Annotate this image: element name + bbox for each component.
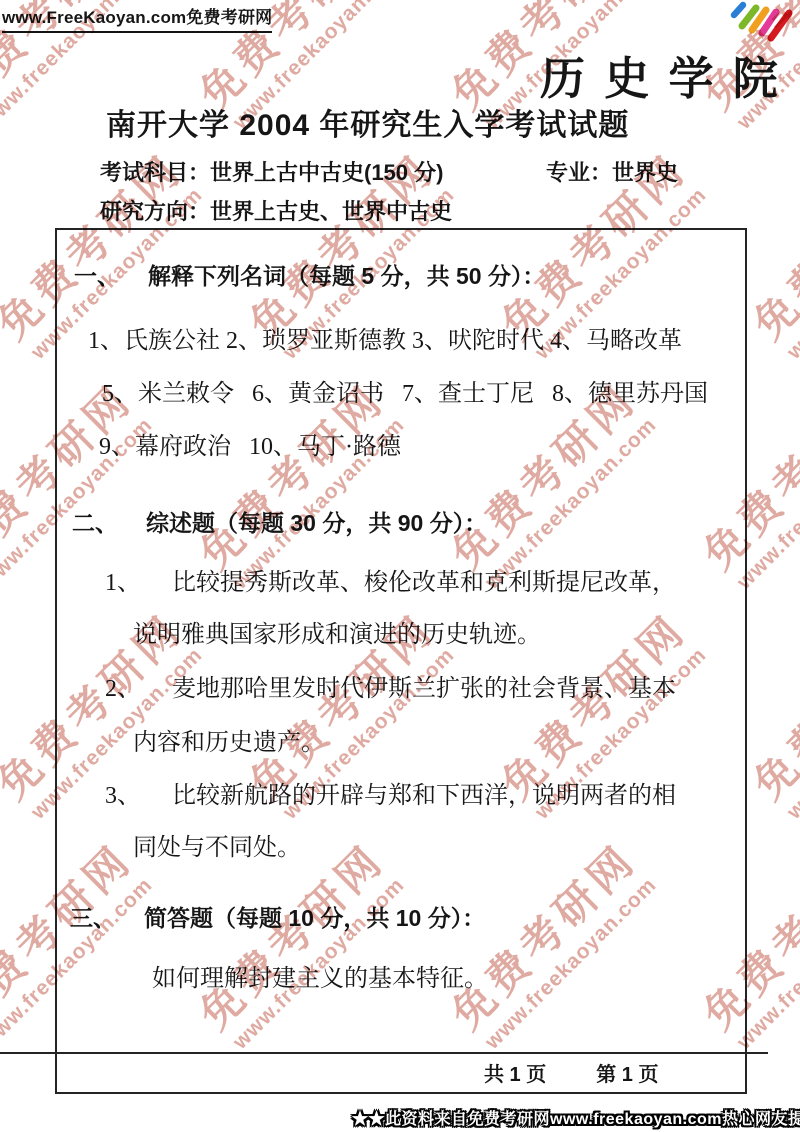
section2-number: 二、 bbox=[72, 505, 118, 538]
section1-heading: 一、 解释下列名词（每题 5 分，共 50 分）： bbox=[74, 258, 545, 291]
question1-number: 1、 bbox=[105, 562, 141, 597]
term-list-line-1: 1、氏族公社 2、琐罗亚斯德教 3、吠陀时代 4、马略改革 bbox=[88, 320, 682, 355]
section2-title: 综述题（每题 30 分，共 90 分）： bbox=[146, 505, 487, 538]
page-title: 南开大学 2004 年研究生入学考试试题 bbox=[106, 100, 629, 144]
short-answer-question: 如何理解封建主义的基本特征。 bbox=[152, 958, 488, 993]
freekaoyan-logo-icon bbox=[726, 0, 798, 42]
question3-line1: 比较新航路的开辟与郑和下西洋，说明两者的相 bbox=[172, 775, 676, 810]
page-current: 第 1 页 bbox=[596, 1058, 658, 1087]
scanned-exam-page: { "header": { "site_link": "www.FreeKaoy… bbox=[0, 0, 800, 1132]
watermark-small-text: www.freekaoyan.com bbox=[779, 180, 800, 368]
watermark-tile: 免费考研网www.freekaoyan.com bbox=[745, 146, 800, 368]
bottom-rule bbox=[0, 1052, 768, 1054]
section3-number: 三、 bbox=[70, 900, 116, 933]
page-number-row: 共 1 页 第 1 页 bbox=[484, 1058, 659, 1087]
exam-major-label: 专业：世界史 bbox=[546, 156, 678, 187]
question2-number: 2、 bbox=[105, 668, 141, 703]
department-title: 历 史 学 院 bbox=[540, 42, 782, 107]
term-list-line-3: 9、幕府政治 10、马丁·路德 bbox=[99, 426, 401, 461]
logo-stripe-blue bbox=[734, 5, 743, 15]
section3-heading: 三、 简答题（每题 10 分，共 10 分）： bbox=[70, 900, 485, 933]
exam-subject-label: 考试科目：世界上古中古史(150 分) bbox=[100, 156, 443, 187]
watermark-big-text: 免费考研网 bbox=[745, 146, 800, 350]
question3-number: 3、 bbox=[105, 775, 141, 810]
question1-line2: 说明雅典国家形成和演进的历史轨迹。 bbox=[133, 614, 541, 649]
question1-line1: 比较提秀斯改革、梭伦改革和克利斯提尼改革， bbox=[172, 562, 676, 597]
section2-heading: 二、 综述题（每题 30 分，共 90 分）： bbox=[72, 505, 487, 538]
section3-title: 简答题（每题 10 分，共 10 分）： bbox=[144, 900, 485, 933]
page-total: 共 1 页 bbox=[484, 1058, 546, 1087]
watermark-small-text: www.freekaoyan.com bbox=[779, 640, 800, 828]
watermark-big-text: 免费考研网 bbox=[745, 606, 800, 810]
question2-line1: 麦地那哈里发时代伊斯兰扩张的社会背景、基本 bbox=[172, 668, 676, 703]
watermark-tile: 免费考研网www.freekaoyan.com bbox=[745, 606, 800, 828]
exam-direction-label: 研究方向：世界上古史、世界中古史 bbox=[100, 195, 452, 226]
credit-banner: ★★此资料来自免费考研网www.freekaoyan.com热心网友提供★★ bbox=[352, 1106, 800, 1129]
site-link: www.FreeKaoyan.com免费考研网 bbox=[2, 3, 272, 33]
question3-line2: 同处与不同处。 bbox=[133, 827, 301, 862]
question2-line2: 内容和历史遗产。 bbox=[133, 722, 325, 757]
term-list-line-2: 5、米兰敕令 6、黄金诏书 7、查士丁尼 8、德里苏丹国 bbox=[102, 373, 708, 408]
section1-number: 一、 bbox=[74, 258, 120, 291]
section1-title: 解释下列名词（每题 5 分，共 50 分）： bbox=[148, 258, 545, 291]
